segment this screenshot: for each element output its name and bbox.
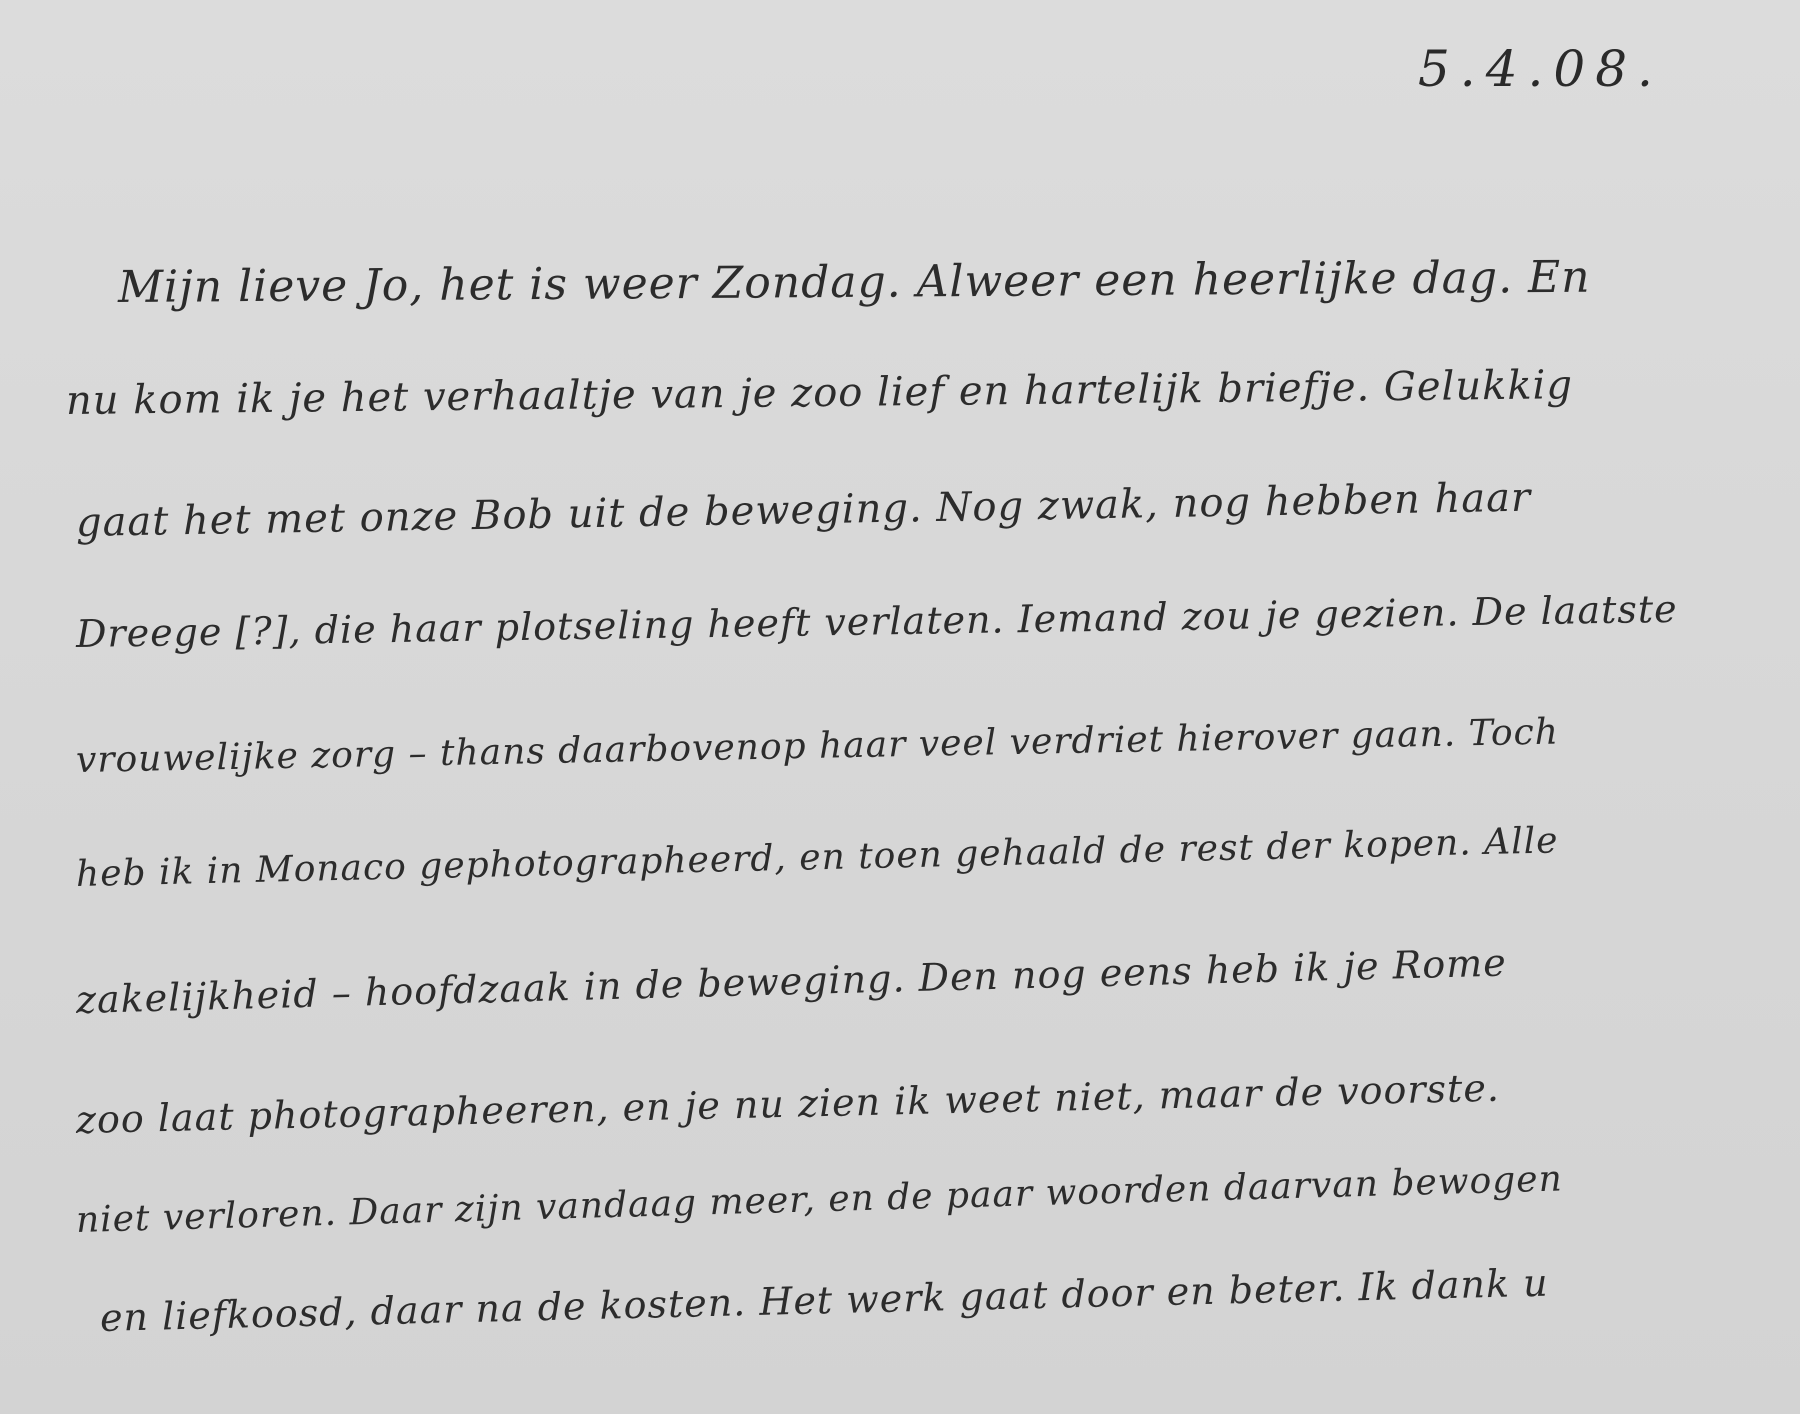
letter-line-2: nu kom ik je het verhaaltje van je zoo l…: [66, 362, 1573, 424]
letter-line-4: Dreege [?], die haar plotseling heeft ve…: [76, 587, 1678, 656]
letter-line-7: zakelijkheid – hoofdzaak in de beweging.…: [75, 941, 1507, 1022]
letter-line-5: vrouwelijke zorg – thans daarbovenop haa…: [76, 712, 1560, 781]
letter-line-3: gaat het met onze Bob uit de beweging. N…: [76, 475, 1532, 546]
letter-line-1: Mijn lieve Jo, het is weer Zondag. Alwee…: [118, 252, 1591, 313]
letter-page: 5.4.08. Mijn lieve Jo, het is weer Zonda…: [0, 0, 1800, 1414]
letter-line-9: niet verloren. Daar zijn vandaag meer, e…: [75, 1158, 1563, 1241]
letter-line-6: heb ik in Monaco gephotographeerd, en to…: [76, 820, 1559, 895]
letter-date: 5.4.08.: [1418, 40, 1663, 98]
letter-line-8: zoo laat photographeeren, en je nu zien …: [76, 1066, 1501, 1142]
letter-line-10: en liefkoosd, daar na de kosten. Het wer…: [99, 1261, 1549, 1340]
